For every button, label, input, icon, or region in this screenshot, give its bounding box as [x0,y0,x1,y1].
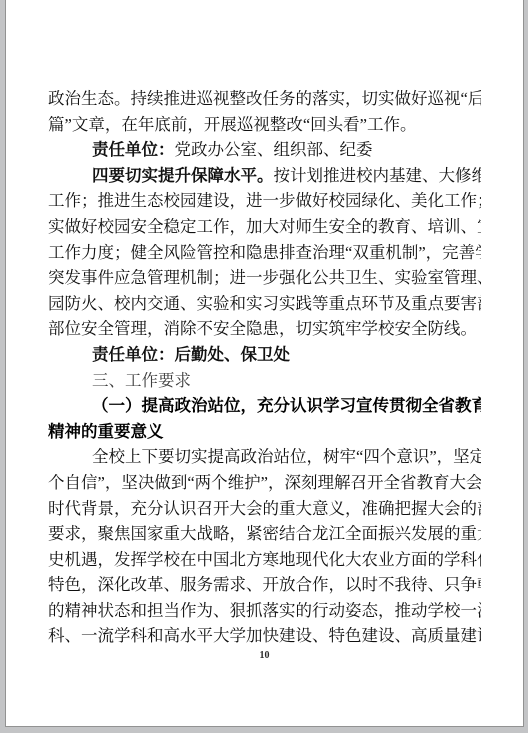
text-line: 政治生态。持续推进巡视整改任务的落实，切实做好巡视“后半 [48,86,481,112]
text-segment: 篇”文章，在年底前，开展巡视整改“回头看”工作。 [48,115,416,134]
text-segment-bold: 责任单位：后勤处、保卫处 [92,345,290,364]
text-line-responsible-unit: 责任单位：后勤处、保卫处 [48,342,481,368]
text-segment: 全校上下要切实提高政治站位，树牢“四个意识”，坚定“四 [92,447,481,466]
text-line: 时代背景，充分认识召开大会的重大意义，准确把握大会的部署 [48,496,481,522]
text-line: 篇”文章，在年底前，开展巡视整改“回头看”工作。 [48,112,481,138]
text-segment: 工作；推进生态校园建设，进一步做好校园绿化、美化工作；切 [48,191,481,210]
text-segment: 特色，深化改革、服务需求、开放合作，以时不我待、只争朝夕 [48,575,481,594]
text-line: 的精神状态和担当作为、狠抓落实的行动姿态，推动学校一流本 [48,598,481,624]
text-line: 特色，深化改革、服务需求、开放合作，以时不我待、只争朝夕 [48,572,481,598]
text-line: 要求，聚焦国家重大战略，紧密结合龙江全面振兴发展的重大历 [48,521,481,547]
text-line: 工作；推进生态校园建设，进一步做好校园绿化、美化工作；切 [48,188,481,214]
text-line: 科、一流学科和高水平大学加快建设、特色建设、高质量建设， [48,623,481,649]
text-line: 工作力度；健全风险管控和隐患排查治理“双重机制”，完善学校 [48,240,481,266]
text-segment: 时代背景，充分认识召开大会的重大意义，准确把握大会的部署 [48,499,481,518]
text-segment: 部位安全管理，消除不安全隐患，切实筑牢学校安全防线。 [48,319,477,338]
text-line: 四要切实提升保障水平。按计划推进校内基建、大修维修等 [48,163,481,189]
text-segment-bold: 精神的重要意义 [48,422,164,441]
text-segment: 园防火、校内交通、实验和实习实践等重点环节及重点要害部门 [48,294,481,313]
text-line: 全校上下要切实提高政治站位，树牢“四个意识”，坚定“四 [48,444,481,470]
text-line: 部位安全管理，消除不安全隐患，切实筑牢学校安全防线。 [48,316,481,342]
text-segment: 党政办公室、组织部、纪委 [175,140,373,159]
document-body: 政治生态。持续推进巡视整改任务的落实，切实做好巡视“后半 篇”文章，在年底前，开… [48,86,481,649]
text-segment-bold: 责任单位： [92,140,175,159]
text-segment: 突发事件应急管理机制；进一步强化公共卫生、实验室管理、校 [48,268,481,287]
text-segment-bold: （一）提高政治站位，充分认识学习宣传贯彻全省教育大会 [92,396,481,415]
text-line: 突发事件应急管理机制；进一步强化公共卫生、实验室管理、校 [48,265,481,291]
text-segment: 按计划推进校内基建、大修维修等 [274,166,482,185]
text-segment: 个自信”，坚决做到“两个维护”，深刻理解召开全省教育大会的 [48,473,481,492]
text-segment: 实做好校园安全稳定工作，加大对师生安全的教育、培训、宣传 [48,217,481,236]
text-segment: 要求，聚焦国家重大战略，紧密结合龙江全面振兴发展的重大历 [48,524,481,543]
text-segment-bold: 四要切实提升保障水平。 [92,166,274,185]
subsection-heading: （一）提高政治站位，充分认识学习宣传贯彻全省教育大会 [48,393,481,419]
text-line: 个自信”，坚决做到“两个维护”，深刻理解召开全省教育大会的 [48,470,481,496]
text-line: 实做好校园安全稳定工作，加大对师生安全的教育、培训、宣传 [48,214,481,240]
text-segment: 史机遇，发挥学校在中国北方寒地现代化大农业方面的学科优势 [48,550,481,569]
subsection-heading-continued: 精神的重要意义 [48,419,481,445]
document-viewer: 政治生态。持续推进巡视整改任务的落实，切实做好巡视“后半 篇”文章，在年底前，开… [0,0,528,733]
page-number: 10 [6,649,523,663]
text-segment: 三、工作要求 [92,372,191,390]
section-heading: 三、工作要求 [48,368,481,394]
text-segment: 政治生态。持续推进巡视整改任务的落实，切实做好巡视“后半 [48,89,481,108]
text-line: 园防火、校内交通、实验和实习实践等重点环节及重点要害部门 [48,291,481,317]
document-page: 政治生态。持续推进巡视整改任务的落实，切实做好巡视“后半 篇”文章，在年底前，开… [5,0,524,727]
text-segment: 的精神状态和担当作为、狠抓落实的行动姿态，推动学校一流本 [48,601,481,620]
text-line: 史机遇，发挥学校在中国北方寒地现代化大农业方面的学科优势 [48,547,481,573]
text-segment: 科、一流学科和高水平大学加快建设、特色建设、高质量建设， [48,626,481,645]
text-line-responsible-unit: 责任单位：党政办公室、组织部、纪委 [48,137,481,163]
text-segment: 工作力度；健全风险管控和隐患排查治理“双重机制”，完善学校 [48,243,481,262]
